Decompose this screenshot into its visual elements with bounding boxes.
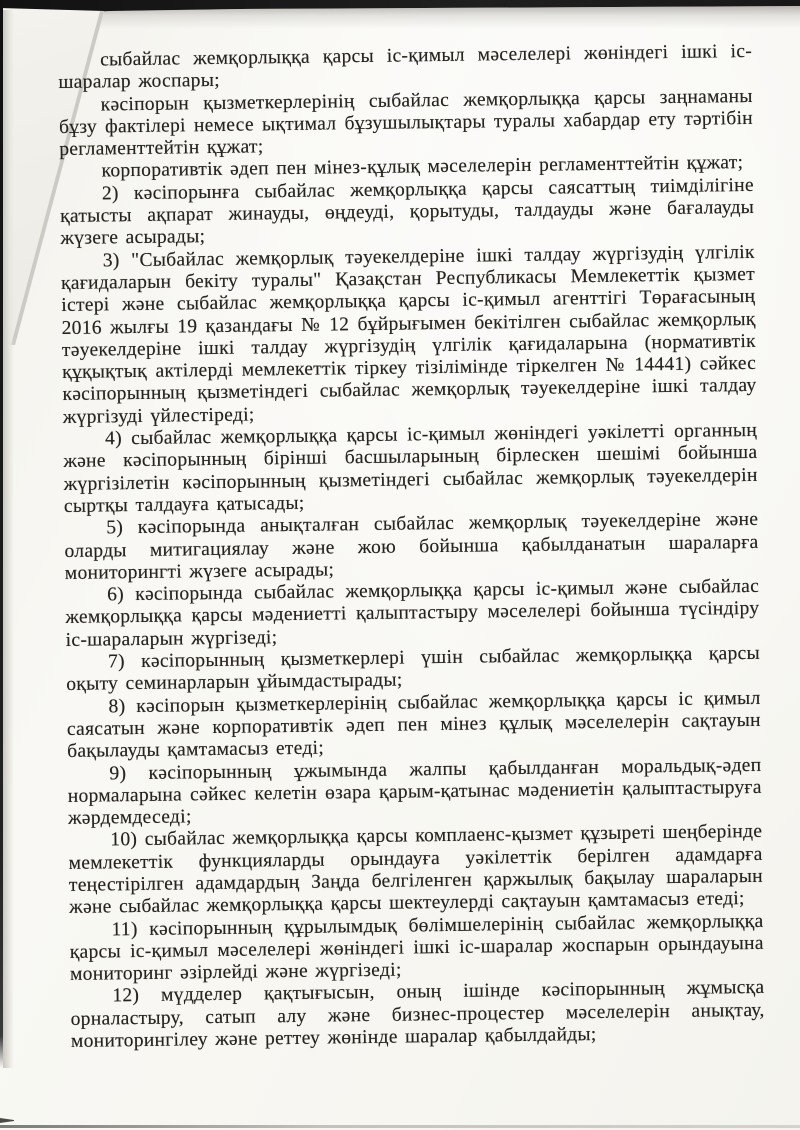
scan-edge-bottom (0, 1125, 800, 1128)
paragraph: 6) кәсіпорында сыбайлас жемқорлыққа қарс… (65, 576, 760, 652)
paragraph: 3) "Сыбайлас жемқорлық тәуекелдеріне ішк… (61, 242, 757, 429)
paragraph: 11) кәсіпорынның құрылымдық бөлімшелерін… (69, 910, 764, 986)
paragraph: 2) кәсіпорынға сыбайлас жемқорлыққа қарс… (60, 175, 755, 251)
scan-edge-bottom-mark (0, 1118, 14, 1123)
paragraph: 5) кәсіпорында анықталған сыбайлас жемқо… (64, 509, 759, 585)
paragraph: 8) кәсіпорын қызметкерлерінің сыбайлас ж… (66, 687, 761, 763)
scan-edge-left-shadow (3, 10, 14, 1068)
paragraph: кәсіпорын қызметкерлерінің сыбайлас жемқ… (59, 86, 754, 162)
paragraph: 4) сыбайлас жемқорлыққа қарсы іс-қимыл ж… (63, 420, 758, 518)
paragraph: 9) кәсіпорынның ұжымында жалпы қабылданғ… (67, 754, 762, 830)
paragraph: 10) сыбайлас жемқорлыққа қарсы комплаенс… (68, 821, 763, 919)
scanned-page-text: сыбайлас жемқорлыққа қарсы іс-қимыл мәсе… (58, 41, 765, 1053)
paragraph: 12) мүдделер қақтығысын, оның ішінде кәс… (70, 977, 765, 1053)
